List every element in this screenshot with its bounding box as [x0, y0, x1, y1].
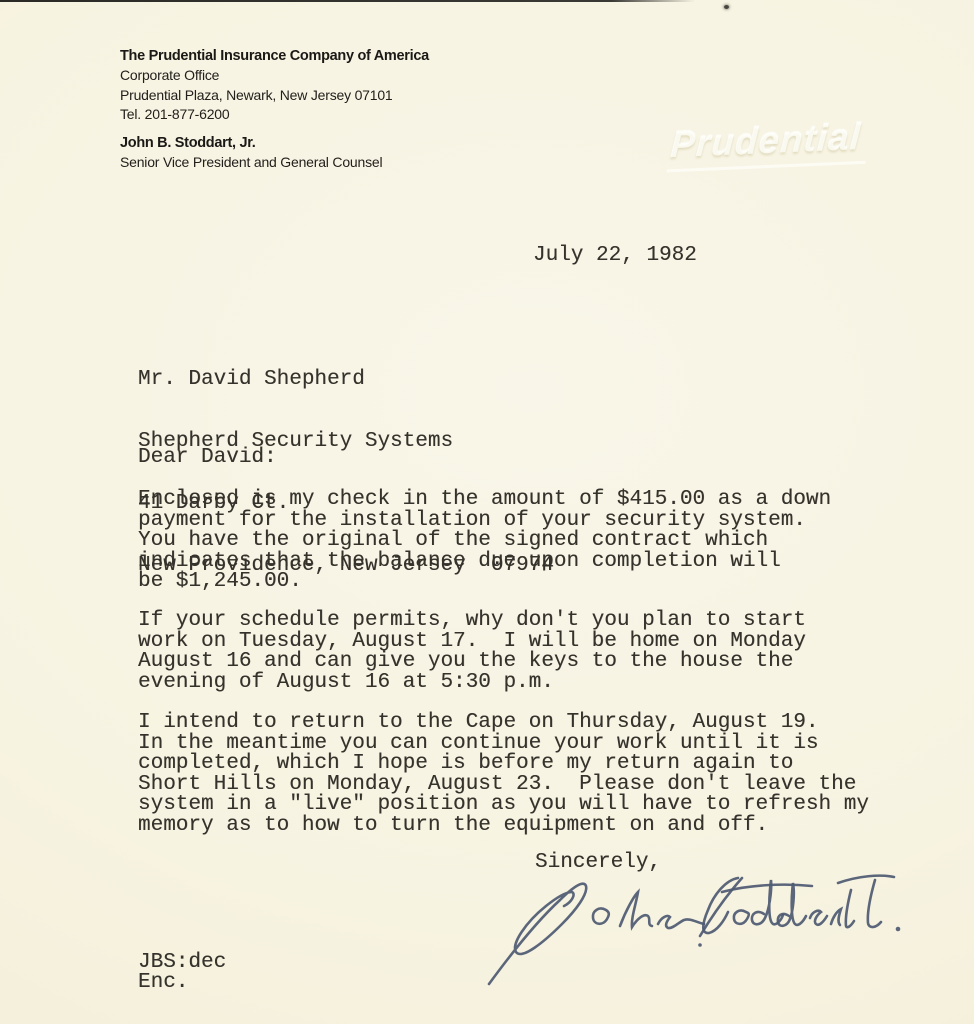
signer-title: Senior Vice President and General Counse… — [120, 153, 429, 172]
signature-handwriting — [486, 866, 926, 990]
recipient-line-name: Mr. David Shepherd — [138, 370, 554, 391]
body-paragraph-3: I intend to return to the Cape on Thursd… — [138, 713, 869, 837]
letterhead: The Prudential Insurance Company of Amer… — [120, 47, 429, 172]
scan-speck-artifact — [724, 5, 729, 9]
corporate-office-line: Corporate Office — [120, 66, 429, 85]
prudential-embossed-watermark: Prudential — [667, 118, 869, 173]
salutation: Dear David: — [138, 448, 277, 469]
company-name: The Prudential Insurance Company of Amer… — [120, 47, 429, 66]
date-line: July 22, 1982 — [533, 246, 697, 267]
phone-line: Tel. 201-877-6200 — [120, 105, 429, 124]
body-paragraph-2: If your schedule permits, why don't you … — [138, 611, 806, 693]
address-line: Prudential Plaza, Newark, New Jersey 071… — [120, 86, 429, 105]
body-paragraph-1: Enclosed is my check in the amount of $4… — [138, 490, 831, 593]
signer-block: John B. Stoddart, Jr. Senior Vice Presid… — [120, 133, 429, 172]
scanned-letter-page: The Prudential Insurance Company of Amer… — [0, 0, 974, 1024]
signer-name: John B. Stoddart, Jr. — [120, 133, 429, 153]
scan-edge-artifact — [0, 0, 695, 2]
enclosure-notation: Enc. — [138, 973, 188, 994]
